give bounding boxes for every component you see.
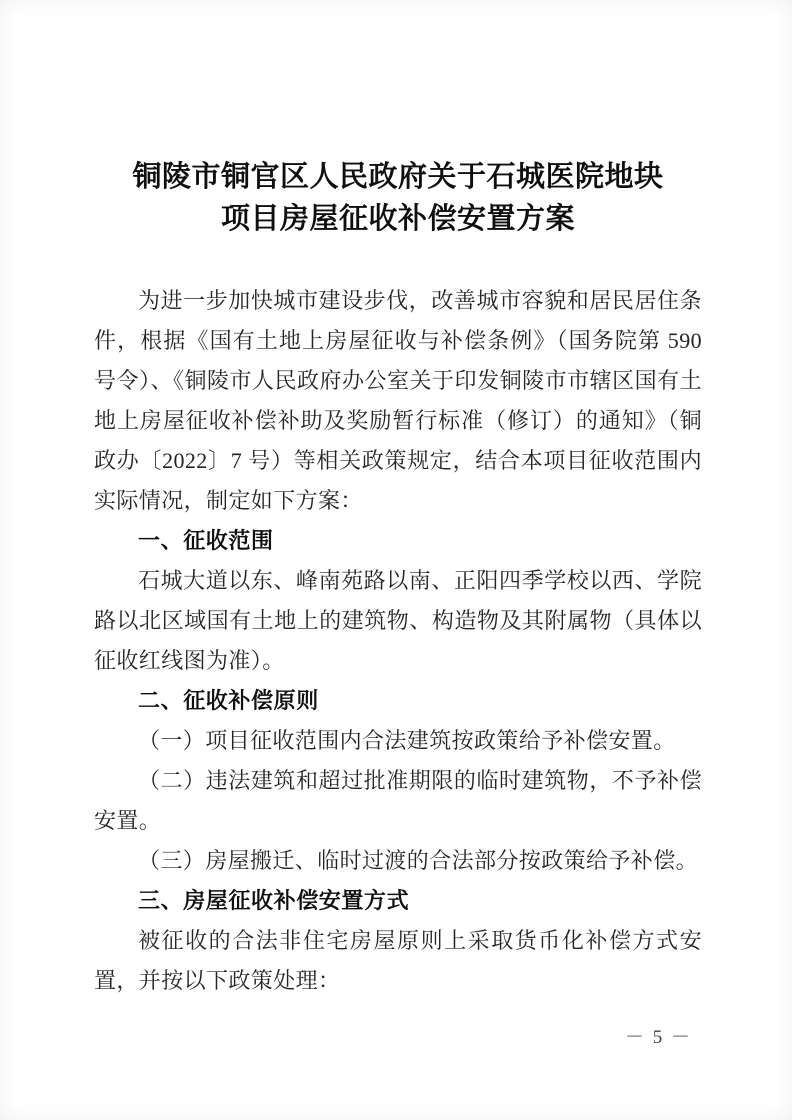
section-2-heading: 二、征收补偿原则: [94, 681, 702, 721]
document-title-line-2: 项目房屋征收补偿安置方案: [94, 198, 702, 240]
intro-paragraph: 为进一步加快城市建设步伐，改善城市容貌和居民居住条件，根据《国有土地上房屋征收与…: [94, 281, 702, 521]
section-3-heading: 三、房屋征收补偿安置方式: [94, 881, 702, 921]
page-number: － 5 －: [625, 1026, 692, 1050]
document-body: 铜陵市铜官区人民政府关于石城医院地块 项目房屋征收补偿安置方案 为进一步加快城市…: [94, 156, 702, 1001]
section-2-paragraph-2: （二）违法建筑和超过批准期限的临时建筑物，不予补偿安置。: [94, 761, 702, 841]
scanned-page: 铜陵市铜官区人民政府关于石城医院地块 项目房屋征收补偿安置方案 为进一步加快城市…: [0, 0, 792, 1120]
section-3-paragraph-1: 被征收的合法非住宅房屋原则上采取货币化补偿方式安置，并按以下政策处理：: [94, 921, 702, 1001]
section-2-paragraph-3: （三）房屋搬迁、临时过渡的合法部分按政策给予补偿。: [94, 841, 702, 881]
document-title-line-1: 铜陵市铜官区人民政府关于石城医院地块: [94, 156, 702, 198]
section-2-paragraph-1: （一）项目征收范围内合法建筑按政策给予补偿安置。: [94, 721, 702, 761]
document-title: 铜陵市铜官区人民政府关于石城医院地块 项目房屋征收补偿安置方案: [94, 156, 702, 240]
section-1-heading: 一、征收范围: [94, 521, 702, 561]
section-1-paragraph-1: 石城大道以东、峰南苑路以南、正阳四季学校以西、学院路以北区域国有土地上的建筑物、…: [94, 561, 702, 681]
document-text: 为进一步加快城市建设步伐，改善城市容貌和居民居住条件，根据《国有土地上房屋征收与…: [94, 281, 702, 1001]
